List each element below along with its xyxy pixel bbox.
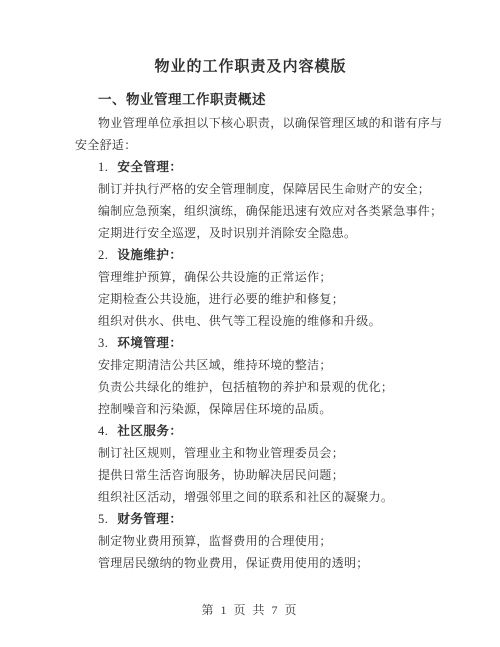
list-item-number: 5. <box>98 512 108 526</box>
list-item-line: 提供日常生活咨询服务，协助解决居民问题； <box>75 464 426 486</box>
document-title: 物业的工作职责及内容模版 <box>75 54 426 80</box>
list-item-number: 3. <box>98 336 108 350</box>
section-heading: 一、物业管理工作职责概述 <box>75 88 426 112</box>
list-item-heading-1: 1.安全管理： <box>75 156 426 178</box>
list-item-number: 2. <box>98 248 108 262</box>
list-item-label: 财务管理： <box>117 512 182 526</box>
list-item-line: 管理维护预算，确保公共设施的正常运作； <box>75 266 426 288</box>
list-item-line: 安排定期清洁公共区域，维持环境的整洁； <box>75 354 426 376</box>
list-item-label: 安全管理： <box>117 160 182 174</box>
list-item-heading-3: 3.环境管理： <box>75 332 426 354</box>
list-item-line: 定期进行安全巡逻，及时识别并消除安全隐患。 <box>75 222 426 244</box>
list-item-label: 社区服务： <box>117 424 182 438</box>
list-item-line: 组织社区活动，增强邻里之间的联系和社区的凝聚力。 <box>75 486 426 508</box>
list-item-heading-2: 2.设施维护： <box>75 244 426 266</box>
list-item-line: 制订并执行严格的安全管理制度，保障居民生命财产的安全； <box>75 178 426 200</box>
list-item-line: 控制噪音和污染源，保障居住环境的品质。 <box>75 398 426 420</box>
list-item-number: 1. <box>98 160 108 174</box>
list-item-line: 制订社区规则，管理业主和物业管理委员会； <box>75 442 426 464</box>
list-item-line: 负责公共绿化的维护，包括植物的养护和景观的优化； <box>75 376 426 398</box>
intro-line-2: 安全舒适： <box>75 134 426 156</box>
list-item-line: 制定物业费用预算，监督费用的合理使用； <box>75 530 426 552</box>
list-item-label: 环境管理： <box>117 336 182 350</box>
list-item-line: 定期检查公共设施，进行必要的维护和修复； <box>75 288 426 310</box>
intro-line-1: 物业管理单位承担以下核心职责，以确保管理区域的和谐有序与 <box>75 112 426 134</box>
document-page: 物业的工作职责及内容模版 一、物业管理工作职责概述 物业管理单位承担以下核心职责… <box>0 0 500 647</box>
list-item-heading-4: 4.社区服务： <box>75 420 426 442</box>
list-item-label: 设施维护： <box>117 248 182 262</box>
list-item-number: 4. <box>98 424 108 438</box>
list-item-line: 编制应急预案，组织演练，确保能迅速有效应对各类紧急事件； <box>75 200 426 222</box>
list-item-heading-5: 5.财务管理： <box>75 508 426 530</box>
page-number-footer: 第 1 页 共 7 页 <box>0 601 500 618</box>
list-item-line: 管理居民缴纳的物业费用，保证费用使用的透明； <box>75 552 426 574</box>
list-item-line: 组织对供水、供电、供气等工程设施的维修和升级。 <box>75 310 426 332</box>
